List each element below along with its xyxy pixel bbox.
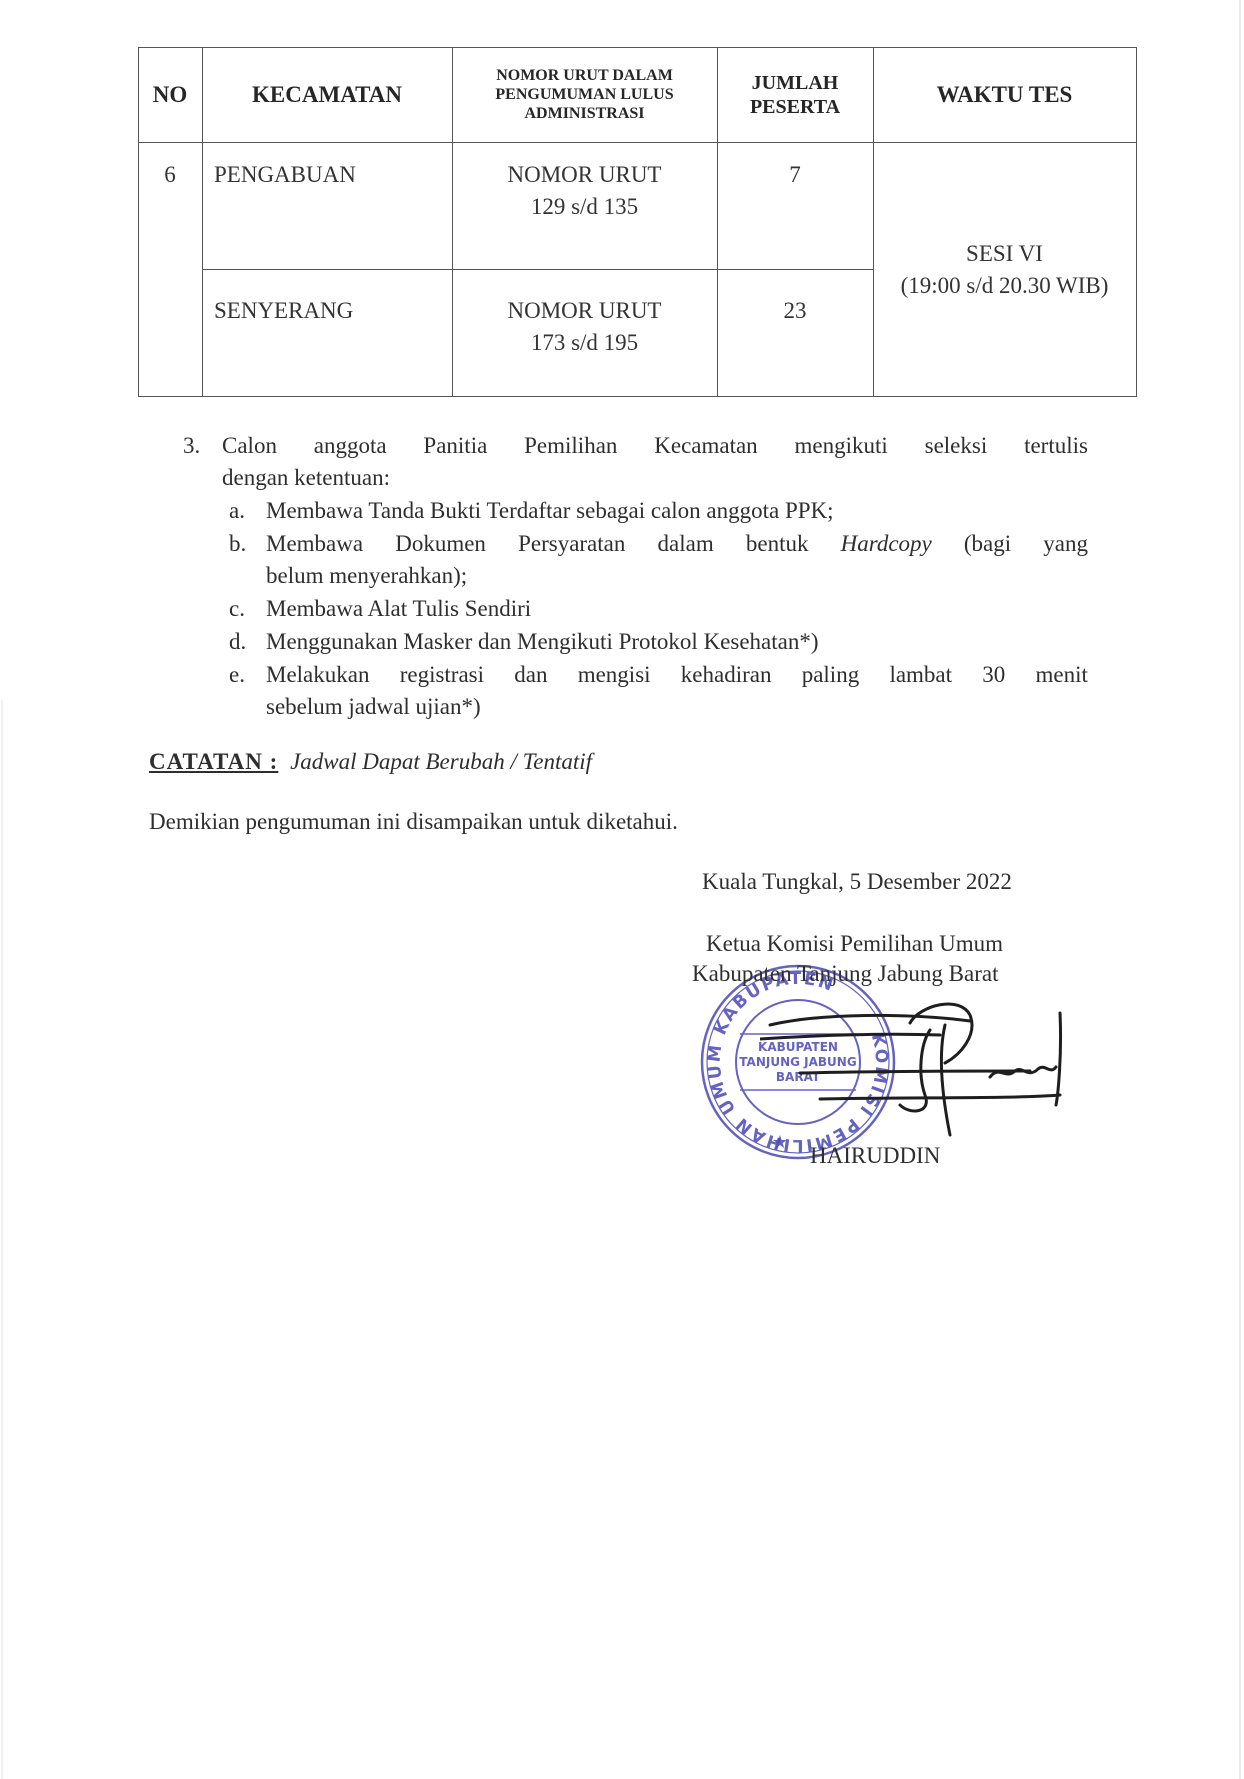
word: dalam bbox=[658, 528, 714, 560]
word: Melakukan bbox=[266, 659, 369, 691]
row-1-nomor-urut: NOMOR URUT 129 s/d 135 bbox=[452, 159, 717, 223]
closing-sentence: Demikian pengumuman ini disampaikan untu… bbox=[149, 806, 678, 838]
word: registrasi bbox=[400, 659, 484, 691]
word: yang bbox=[1043, 528, 1088, 560]
word: lambat bbox=[889, 659, 952, 691]
header-nomor-urut-line1: NOMOR URUT DALAM bbox=[496, 66, 673, 85]
item-b-line2: belum menyerahkan); bbox=[266, 560, 467, 592]
list-intro-line1: CalonanggotaPanitiaPemilihanKecamatanmen… bbox=[222, 430, 1088, 462]
item-c-text: Membawa Alat Tulis Sendiri bbox=[266, 593, 531, 625]
item-a-text: Membawa Tanda Bukti Terdaftar sebagai ca… bbox=[266, 495, 834, 527]
word: Persyaratan bbox=[518, 528, 625, 560]
word: anggota bbox=[314, 430, 387, 462]
row-2-nomor-urut-range: 173 s/d 195 bbox=[531, 327, 638, 359]
word: paling bbox=[802, 659, 860, 691]
word: mengikuti bbox=[795, 430, 888, 462]
row-2-nomor-urut: NOMOR URUT 173 s/d 195 bbox=[452, 295, 717, 359]
list-intro-line2: dengan ketentuan: bbox=[222, 462, 390, 494]
word: (bagi bbox=[964, 528, 1011, 560]
row-1-jumlah: 7 bbox=[717, 159, 873, 191]
signer-name: HAIRUDDIN bbox=[810, 1140, 940, 1172]
note: CATATAN : Jadwal Dapat Berubah / Tentati… bbox=[149, 746, 592, 778]
item-a-marker: a. bbox=[229, 495, 245, 527]
session-label: SESI VI bbox=[966, 238, 1043, 270]
header-nomor-urut-line2: PENGUMUMAN LULUS bbox=[495, 85, 673, 104]
header-jumlah-line1: JUMLAH bbox=[752, 71, 839, 95]
note-text: Jadwal Dapat Berubah / Tentatif bbox=[290, 749, 592, 774]
header-no: NO bbox=[138, 47, 202, 142]
item-e-line1: Melakukanregistrasidanmengisikehadiranpa… bbox=[266, 659, 1088, 691]
page-edge-right bbox=[1239, 0, 1241, 1779]
session-time: (19:00 s/d 20.30 WIB) bbox=[901, 270, 1109, 302]
header-waktu-tes: WAKTU TES bbox=[873, 47, 1136, 142]
row-1-nomor-urut-label: NOMOR URUT bbox=[508, 159, 662, 191]
header-nomor-urut: NOMOR URUT DALAM PENGUMUMAN LULUS ADMINI… bbox=[452, 47, 717, 142]
page-edge-left bbox=[1, 700, 3, 1779]
word: bentuk bbox=[746, 528, 809, 560]
header-nomor-urut-line3: ADMINISTRASI bbox=[524, 104, 644, 123]
word: Membawa bbox=[266, 528, 363, 560]
word: tertulis bbox=[1024, 430, 1088, 462]
signer-title-line2: Kabupaten Tanjung Jabung Barat bbox=[692, 958, 998, 990]
item-d-text: Menggunakan Masker dan Mengikuti Protoko… bbox=[266, 626, 819, 658]
word: Panitia bbox=[423, 430, 487, 462]
word: Kecamatan bbox=[654, 430, 757, 462]
word: Calon bbox=[222, 430, 277, 462]
row-group-number: 6 bbox=[138, 159, 202, 191]
signer-title-line1: Ketua Komisi Pemilihan Umum bbox=[706, 928, 1003, 960]
row-1-nomor-urut-range: 129 s/d 135 bbox=[531, 191, 638, 223]
handwritten-signature-icon bbox=[760, 995, 1090, 1145]
place-date: Kuala Tungkal, 5 Desember 2022 bbox=[702, 866, 1012, 898]
item-d-marker: d. bbox=[229, 626, 246, 658]
word: menit bbox=[1036, 659, 1088, 691]
note-label: CATATAN : bbox=[149, 749, 278, 774]
row-2-kecamatan: SENYERANG bbox=[214, 295, 444, 327]
row-1-kecamatan: PENGABUAN bbox=[214, 159, 444, 191]
header-jumlah-peserta: JUMLAH PESERTA bbox=[717, 47, 873, 142]
word: Dokumen bbox=[395, 528, 486, 560]
word: kehadiran bbox=[681, 659, 772, 691]
row-2-nomor-urut-label: NOMOR URUT bbox=[508, 295, 662, 327]
word: mengisi bbox=[578, 659, 651, 691]
item-c-marker: c. bbox=[229, 593, 245, 625]
word: Hardcopy bbox=[841, 528, 932, 560]
item-e-marker: e. bbox=[229, 659, 245, 691]
word: dan bbox=[514, 659, 547, 691]
word: 30 bbox=[982, 659, 1005, 691]
header-jumlah-line2: PESERTA bbox=[750, 95, 840, 119]
waktu-tes-cell: SESI VI (19:00 s/d 20.30 WIB) bbox=[873, 143, 1136, 396]
row-2-jumlah: 23 bbox=[717, 295, 873, 327]
word: seleksi bbox=[925, 430, 988, 462]
item-b-line1: MembawaDokumenPersyaratandalambentukHard… bbox=[266, 528, 1088, 560]
item-b-marker: b. bbox=[229, 528, 246, 560]
item-e-line2: sebelum jadwal ujian*) bbox=[266, 691, 481, 723]
list-number: 3. bbox=[183, 430, 200, 462]
header-kecamatan: KECAMATAN bbox=[202, 47, 452, 142]
word: Pemilihan bbox=[524, 430, 617, 462]
schedule-table: NO KECAMATAN NOMOR URUT DALAM PENGUMUMAN… bbox=[138, 47, 1137, 397]
